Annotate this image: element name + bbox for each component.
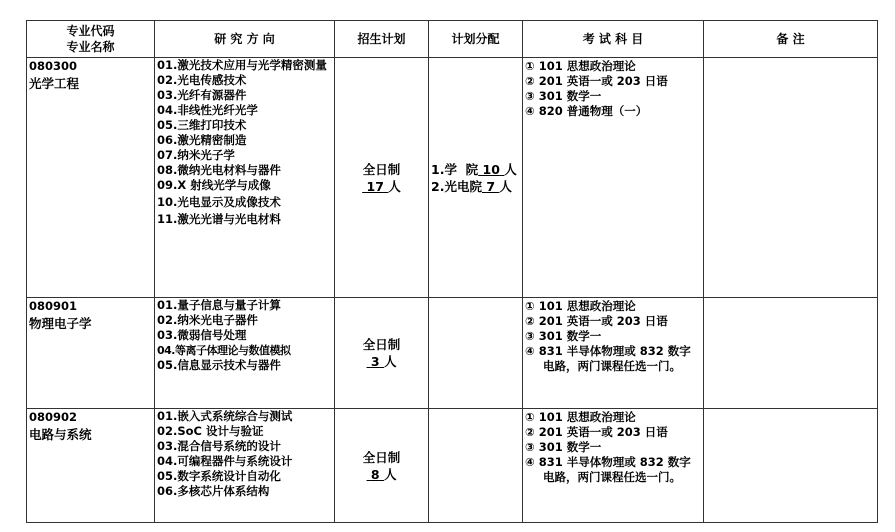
direction-item: 02.纳米光电子器件 <box>157 313 332 328</box>
direction-cell: 01.嵌入式系统综合与测试 02.SoC 设计与验证 03.混合信号系统的设计 … <box>155 409 335 523</box>
direction-item: 05.数字系统设计自动化 <box>157 469 332 484</box>
plan-count: 17 <box>367 179 384 194</box>
direction-item: 03.混合信号系统的设计 <box>157 439 332 454</box>
direction-item: 04.等离子体理论与数值模拟 <box>157 343 332 358</box>
header-direction: 研 究 方 向 <box>155 21 335 58</box>
direction-item: 03.光纤有源器件 <box>157 88 332 103</box>
table-row: 080300 光学工程 01.激光技术应用与光学精密测量 02.光电传感技术 0… <box>27 58 878 298</box>
plan-type: 全日制 <box>337 336 426 353</box>
plan-unit: 人 <box>384 467 397 482</box>
enrollment-plan-cell: 全日制 3 人 <box>335 298 429 409</box>
exam-item: ① 101 思想政治理论 <box>525 410 701 425</box>
exam-item: ① 101 思想政治理论 <box>525 299 701 314</box>
plan-quota: 17 人 <box>337 178 426 195</box>
major-name: 电路与系统 <box>29 427 152 442</box>
header-remarks: 备 注 <box>704 21 878 58</box>
plan-unit: 人 <box>388 179 401 194</box>
allocation-item: 1.学 院 10 人 <box>431 161 520 178</box>
header-row: 专业代码 专业名称 研 究 方 向 招生计划 计划分配 考 试 科 目 备 注 <box>27 21 878 58</box>
enrollment-plan-cell: 全日制 17 人 <box>335 58 429 298</box>
direction-item: 07.纳米光子学 <box>157 148 332 163</box>
allocation-cell <box>429 298 523 409</box>
allocation-cell <box>429 409 523 523</box>
allocation-cell: 1.学 院 10 人 2.光电院 7 人 <box>429 58 523 298</box>
header-enrollment: 招生计划 <box>335 21 429 58</box>
direction-cell: 01.量子信息与量子计算 02.纳米光电子器件 03.微弱信号处理 04.等离子… <box>155 298 335 409</box>
direction-item: 02.SoC 设计与验证 <box>157 424 332 439</box>
major-code: 080901 <box>29 299 152 314</box>
plan-count: 8 <box>371 467 380 482</box>
direction-item: 02.光电传感技术 <box>157 73 332 88</box>
exam-cell: ① 101 思想政治理论 ② 201 英语一或 203 日语 ③ 301 数学一… <box>523 58 704 298</box>
direction-cell: 01.激光技术应用与光学精密测量 02.光电传感技术 03.光纤有源器件 04.… <box>155 58 335 298</box>
header-name: 专业名称 <box>29 39 152 55</box>
plan-unit: 人 <box>384 354 397 369</box>
major-name: 光学工程 <box>29 76 152 91</box>
exam-cell: ① 101 思想政治理论 ② 201 英语一或 203 日语 ③ 301 数学一… <box>523 298 704 409</box>
enrollment-table: 专业代码 专业名称 研 究 方 向 招生计划 计划分配 考 试 科 目 备 注 … <box>26 20 878 523</box>
major-cell: 080300 光学工程 <box>27 58 155 298</box>
header-code-name: 专业代码 专业名称 <box>27 21 155 58</box>
direction-item: 03.微弱信号处理 <box>157 328 332 343</box>
exam-item: ④ 831 半导体物理或 832 数字电路，两门课程任选一门。 <box>525 344 701 374</box>
direction-item: 05.三维打印技术 <box>157 118 332 133</box>
plan-quota: 3 人 <box>337 353 426 370</box>
direction-item: 04.非线性光纤光学 <box>157 103 332 118</box>
direction-item: 05.信息显示技术与器件 <box>157 358 332 373</box>
header-allocation: 计划分配 <box>429 21 523 58</box>
table-row: 080901 物理电子学 01.量子信息与量子计算 02.纳米光电子器件 03.… <box>27 298 878 409</box>
direction-item: 01.嵌入式系统综合与测试 <box>157 409 332 424</box>
exam-item: ② 201 英语一或 203 日语 <box>525 425 701 440</box>
plan-type: 全日制 <box>337 161 426 178</box>
exam-cell: ① 101 思想政治理论 ② 201 英语一或 203 日语 ③ 301 数学一… <box>523 409 704 523</box>
exam-item: ④ 820 普通物理（一） <box>525 104 701 119</box>
major-cell: 080901 物理电子学 <box>27 298 155 409</box>
remarks-cell <box>704 409 878 523</box>
plan-count: 3 <box>371 354 380 369</box>
exam-item: ③ 301 数学一 <box>525 89 701 104</box>
header-code: 专业代码 <box>29 23 152 39</box>
remarks-cell <box>704 58 878 298</box>
direction-item: 04.可编程器件与系统设计 <box>157 454 332 469</box>
direction-item: 01.量子信息与量子计算 <box>157 298 332 313</box>
enrollment-plan-cell: 全日制 8 人 <box>335 409 429 523</box>
major-code: 080300 <box>29 59 152 74</box>
major-name: 物理电子学 <box>29 316 152 331</box>
exam-item: ③ 301 数学一 <box>525 440 701 455</box>
allocation-item: 2.光电院 7 人 <box>431 178 520 195</box>
direction-item: 06.多核芯片体系结构 <box>157 484 332 499</box>
direction-item: 09.X 射线光学与成像 <box>157 178 332 193</box>
plan-type: 全日制 <box>337 449 426 466</box>
major-code: 080902 <box>29 410 152 425</box>
direction-item: 01.激光技术应用与光学精密测量 <box>157 58 332 73</box>
exam-item: ③ 301 数学一 <box>525 329 701 344</box>
table-row: 080902 电路与系统 01.嵌入式系统综合与测试 02.SoC 设计与验证 … <box>27 409 878 523</box>
exam-item: ② 201 英语一或 203 日语 <box>525 314 701 329</box>
remarks-cell <box>704 298 878 409</box>
plan-quota: 8 人 <box>337 466 426 483</box>
exam-item: ① 101 思想政治理论 <box>525 59 701 74</box>
direction-item: 08.微纳光电材料与器件 <box>157 163 332 178</box>
direction-item: 06.激光精密制造 <box>157 133 332 148</box>
header-exam: 考 试 科 目 <box>523 21 704 58</box>
major-cell: 080902 电路与系统 <box>27 409 155 523</box>
exam-item: ④ 831 半导体物理或 832 数字电路，两门课程任选一门。 <box>525 455 701 485</box>
exam-item: ② 201 英语一或 203 日语 <box>525 74 701 89</box>
direction-item: 11.激光光谱与光电材料 <box>157 212 332 227</box>
direction-item: 10.光电显示及成像技术 <box>157 195 332 210</box>
